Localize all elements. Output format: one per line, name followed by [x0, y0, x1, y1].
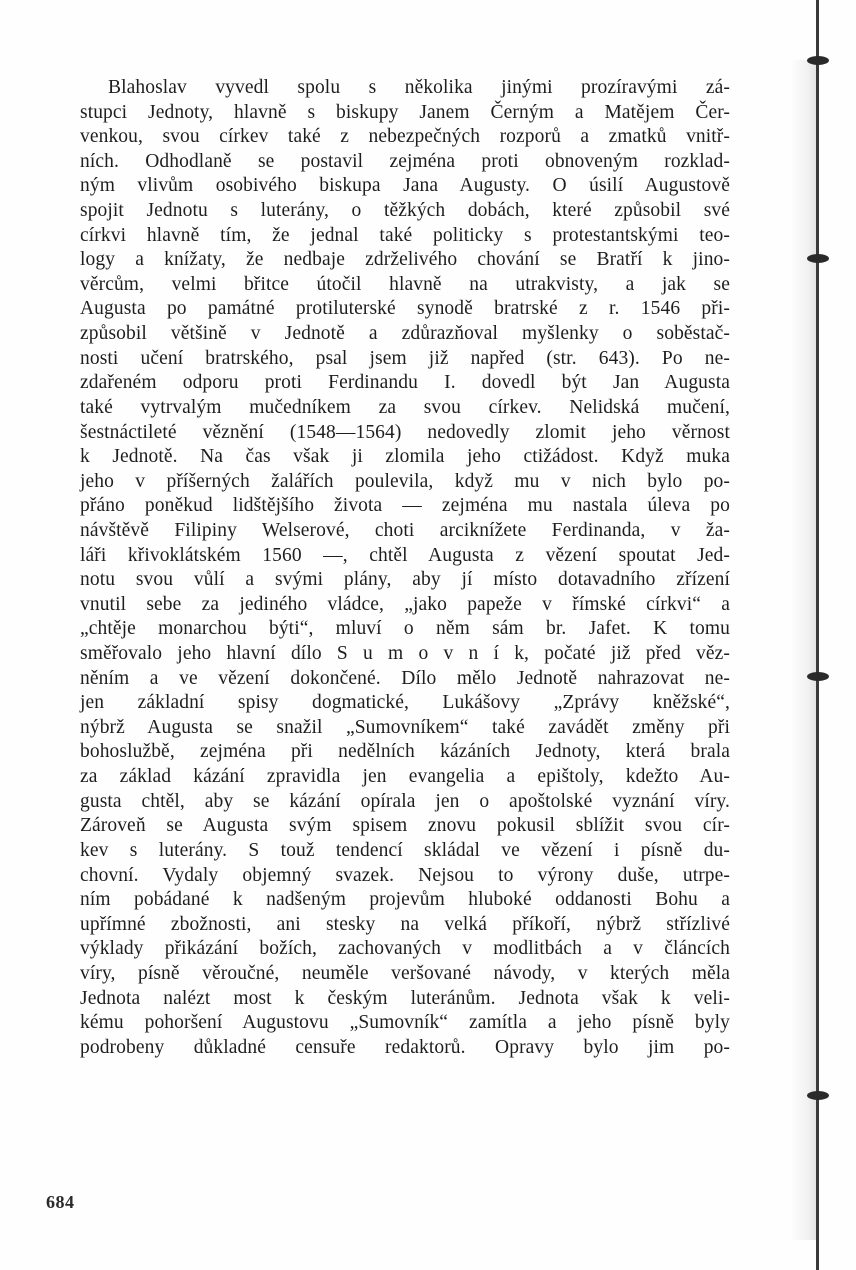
binding-stitch	[807, 672, 829, 681]
text-line: chovní. Vydaly objemný svazek. Nejsou to…	[80, 864, 730, 889]
text-line: církvi hlavně tím, že jednal také politi…	[80, 224, 730, 249]
text-line: láři křivoklátském 1560 —, chtěl Augusta…	[80, 544, 730, 569]
gutter-shadow	[790, 60, 816, 1240]
text-line: návštěvě Filipiny Welserové, choti arcik…	[80, 519, 730, 544]
text-line: logy a knížaty, že nedbaje zdrželivého c…	[80, 248, 730, 273]
binding-stitch	[807, 1091, 829, 1100]
text-line: směřovalo jeho hlavní dílo S u m o v n í…	[80, 642, 730, 667]
text-line: Jednota nalézt most k českým luteránům. …	[80, 987, 730, 1012]
text-line: jeho v příšerných žalářích poulevila, kd…	[80, 470, 730, 495]
text-line: ním pobádané k nadšeným projevům hluboké…	[80, 888, 730, 913]
text-line: venkou, svou církev také z nebezpečných …	[80, 125, 730, 150]
text-line: spojit Jednotu s luterány, o těžkých dob…	[80, 199, 730, 224]
text-line: kému pohoršení Augustovu „Sumovník“ zamí…	[80, 1011, 730, 1036]
binding-stitch	[807, 254, 829, 263]
text-line: způsobil většině v Jednotě a zdůrazňoval…	[80, 322, 730, 347]
text-line: ným vlivům osobivého biskupa Jana August…	[80, 174, 730, 199]
text-line: přáno poněkud lidštějšího života — zejmé…	[80, 494, 730, 519]
text-line: výklady přikázání božích, zachovaných v …	[80, 937, 730, 962]
book-binding-spine	[816, 0, 819, 1270]
text-line: také vytrvalým mučedníkem za svou církev…	[80, 396, 730, 421]
text-line: vnutil sebe za jediného vládce, „jako pa…	[80, 593, 730, 618]
text-line: podrobeny důkladné censuře redaktorů. Op…	[80, 1036, 730, 1061]
text-line: k Jednotě. Na čas však ji zlomila jeho c…	[80, 445, 730, 470]
text-line: gusta chtěl, aby se kázání opírala jen o…	[80, 790, 730, 815]
text-line: Zároveň se Augusta svým spisem znovu pok…	[80, 814, 730, 839]
text-line: upřímné zbožnosti, ani stesky na velká p…	[80, 913, 730, 938]
page-number: 684	[46, 1192, 75, 1213]
text-line: ních. Odhodlaně se postavil zejména prot…	[80, 150, 730, 175]
body-paragraph: Blahoslav vyvedl spolu s několika jinými…	[80, 76, 730, 1060]
text-line: notu svou vůlí a svými plány, aby jí mís…	[80, 568, 730, 593]
text-line: stupci Jednoty, hlavně s biskupy Janem Č…	[80, 101, 730, 126]
text-line: Blahoslav vyvedl spolu s několika jinými…	[80, 76, 730, 101]
text-line: nosti učení bratrského, psal jsem již na…	[80, 347, 730, 372]
binding-stitch	[807, 56, 829, 65]
text-line: „chtěje monarchou býti“, mluví o něm sám…	[80, 617, 730, 642]
text-line: věrcům, velmi břitce útočil hlavně na ut…	[80, 273, 730, 298]
text-line: Augusta po památné protiluterské synodě …	[80, 297, 730, 322]
scanned-book-page: Blahoslav vyvedl spolu s několika jinými…	[0, 0, 856, 1270]
text-line: bohoslužbě, zejména při nedělních kázání…	[80, 740, 730, 765]
text-line: jen základní spisy dogmatické, Lukášovy …	[80, 691, 730, 716]
text-line: zdařeném odporu proti Ferdinandu I. dove…	[80, 371, 730, 396]
text-line: za základ kázání zpravidla jen evangelia…	[80, 765, 730, 790]
text-line: něním a ve vězení dokončené. Dílo mělo J…	[80, 667, 730, 692]
text-line: šestnáctileté věznění (1548—1564) nedove…	[80, 421, 730, 446]
text-line: nýbrž Augusta se snažil „Sumovníkem“ tak…	[80, 716, 730, 741]
text-line: kev s luterány. S touž tendencí skládal …	[80, 839, 730, 864]
text-line: víry, písně věroučné, neuměle veršované …	[80, 962, 730, 987]
